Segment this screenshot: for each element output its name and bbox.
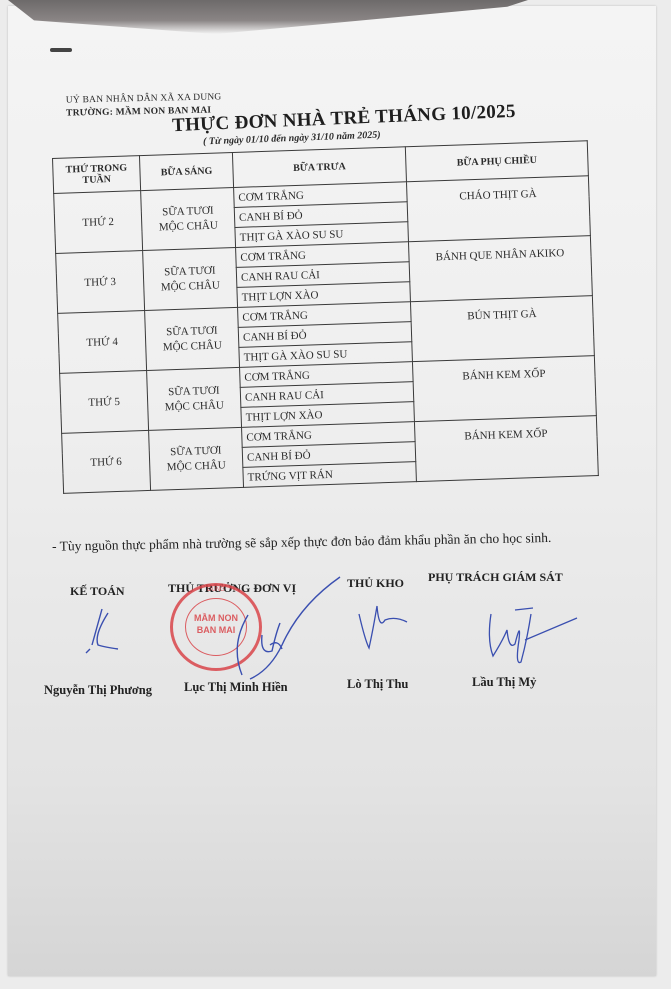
breakfast-line: MỘC CHÂU (142, 217, 234, 235)
signature-supervisor-icon (485, 600, 585, 670)
breakfast-line: MỘC CHÂU (144, 277, 236, 295)
staple-icon (50, 48, 72, 52)
name-accountant: Nguyễn Thị Phương (44, 683, 152, 698)
name-supervisor: Lầu Thị Mỷ (472, 675, 536, 690)
menu-table: THỨ TRONG TUẦN BỮA SÁNG BỮA TRƯA BỮA PHỤ… (52, 140, 599, 494)
breakfast-cell: SỮA TƯƠIMỘC CHÂU (147, 367, 242, 430)
breakfast-line: MỘC CHÂU (146, 337, 238, 355)
header-snack: BỮA PHỤ CHIỀU (405, 141, 588, 182)
header-lunch: BỮA TRƯA (232, 147, 406, 188)
role-accountant: KẾ TOÁN (70, 584, 125, 599)
snack-cell: BÁNH KEM XỐP (412, 356, 596, 422)
snack-cell: BÁNH QUE NHÂN AKIKO (408, 236, 592, 302)
day-cell: THỨ 2 (54, 191, 143, 254)
day-cell: THỨ 4 (58, 311, 147, 374)
name-unit-head: Lục Thị Minh Hiền (184, 680, 288, 695)
role-warehouse-keeper: THỦ KHO (347, 576, 404, 591)
header-breakfast: BỮA SÁNG (139, 153, 233, 191)
breakfast-cell: SỮA TƯƠIMỘC CHÂU (145, 307, 240, 370)
menu-table-wrapper: THỨ TRONG TUẦN BỮA SÁNG BỮA TRƯA BỮA PHỤ… (52, 140, 599, 494)
breakfast-cell: SỮA TƯƠIMỘC CHÂU (143, 247, 238, 310)
snack-cell: BÚN THỊT GÀ (410, 296, 594, 362)
breakfast-cell: SỮA TƯƠIMỘC CHÂU (141, 187, 236, 250)
name-warehouse-keeper: Lò Thị Thu (347, 677, 408, 692)
signature-unit-head-icon (190, 575, 350, 685)
breakfast-line: MỘC CHÂU (148, 397, 240, 415)
snack-cell: BÁNH KEM XỐP (414, 416, 598, 482)
menu-table-body: THỨ 2SỮA TƯƠIMỘC CHÂUCƠM TRẮNGCHÁO THỊT … (54, 176, 599, 494)
breakfast-cell: SỮA TƯƠIMỘC CHÂU (149, 427, 244, 490)
role-supervisor: PHỤ TRÁCH GIÁM SÁT (428, 570, 563, 585)
signature-accountant-icon (80, 605, 130, 655)
day-cell: THỨ 5 (60, 370, 149, 433)
signature-warehouse-icon (355, 600, 415, 650)
day-cell: THỨ 3 (56, 251, 145, 314)
snack-cell: CHÁO THỊT GÀ (406, 176, 590, 242)
header-day: THỨ TRONG TUẦN (53, 156, 141, 194)
breakfast-line: MỘC CHÂU (150, 457, 242, 475)
day-cell: THỨ 6 (62, 430, 151, 493)
